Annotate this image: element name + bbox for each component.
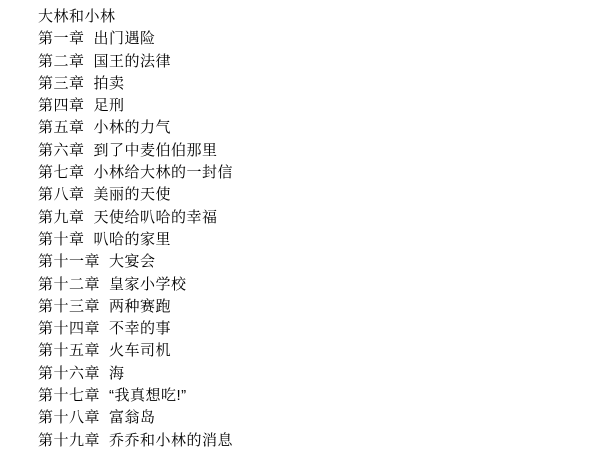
toc-line: 第十四章不幸的事	[38, 318, 600, 340]
chapter-title: 天使给叭哈的幸福	[94, 209, 218, 226]
toc-line: 第十七章“我真想吃!”	[38, 385, 600, 407]
chapter-label: 第十二章	[38, 276, 100, 293]
toc-line: 第十五章火车司机	[38, 340, 600, 362]
chapter-title: 大宴会	[109, 253, 156, 270]
book-title: 大林和小林	[38, 6, 600, 28]
toc-line: 第十章叭哈的家里	[38, 229, 600, 251]
toc-line: 第七章小林给大林的一封信	[38, 162, 600, 184]
chapter-label: 第三章	[38, 75, 85, 92]
chapter-label: 第十三章	[38, 298, 100, 315]
chapter-title: 乔乔和小林的消息	[109, 432, 233, 449]
toc-line: 第八章美丽的天使	[38, 184, 600, 206]
chapter-title: “我真想吃!”	[109, 387, 187, 404]
chapter-title: 两种赛跑	[109, 298, 171, 315]
chapter-label: 第六章	[38, 142, 85, 159]
toc-line: 第十三章两种赛跑	[38, 296, 600, 318]
chapter-title: 小林的力气	[94, 119, 172, 136]
toc-line: 第五章小林的力气	[38, 117, 600, 139]
chapter-label: 第十章	[38, 231, 85, 248]
chapter-label: 第五章	[38, 119, 85, 136]
chapter-title: 小林给大林的一封信	[94, 164, 234, 181]
chapter-label: 第二章	[38, 53, 85, 70]
chapter-title: 拍卖	[94, 75, 125, 92]
chapter-label: 第十六章	[38, 365, 100, 382]
toc-line: 第九章天使给叭哈的幸福	[38, 207, 600, 229]
chapter-title: 不幸的事	[109, 320, 171, 337]
chapter-title: 叭哈的家里	[94, 231, 172, 248]
chapter-title: 到了中麦伯伯那里	[94, 142, 218, 159]
chapter-title: 皇家小学校	[109, 276, 187, 293]
chapter-label: 第九章	[38, 209, 85, 226]
toc-line: 第十八章富翁岛	[38, 407, 600, 429]
chapter-title: 美丽的天使	[94, 186, 172, 203]
toc-line: 第四章足刑	[38, 95, 600, 117]
toc-line: 第六章到了中麦伯伯那里	[38, 140, 600, 162]
chapter-label: 第十七章	[38, 387, 100, 404]
chapter-label: 第十九章	[38, 432, 100, 449]
chapter-title: 足刑	[94, 97, 125, 114]
toc-line: 第三章拍卖	[38, 73, 600, 95]
chapter-title: 出门遇险	[94, 30, 156, 47]
toc-line: 第十九章乔乔和小林的消息	[38, 430, 600, 450]
toc-line: 第十一章大宴会	[38, 251, 600, 273]
toc-line: 第十六章海	[38, 363, 600, 385]
chapter-label: 第十八章	[38, 409, 100, 426]
chapter-title: 富翁岛	[109, 409, 156, 426]
chapter-label: 第十四章	[38, 320, 100, 337]
chapter-title: 火车司机	[109, 342, 171, 359]
chapter-label: 第八章	[38, 186, 85, 203]
document-page: 大林和小林 第一章出门遇险 第二章国王的法律 第三章拍卖 第四章足刑 第五章小林…	[0, 0, 600, 450]
chapter-label: 第四章	[38, 97, 85, 114]
table-of-contents: 大林和小林 第一章出门遇险 第二章国王的法律 第三章拍卖 第四章足刑 第五章小林…	[0, 0, 600, 450]
chapter-title: 国王的法律	[94, 53, 172, 70]
chapter-title: 海	[109, 365, 125, 382]
chapter-label: 第一章	[38, 30, 85, 47]
toc-line: 第二章国王的法律	[38, 51, 600, 73]
toc-line: 第一章出门遇险	[38, 28, 600, 50]
chapter-label: 第十一章	[38, 253, 100, 270]
chapter-label: 第十五章	[38, 342, 100, 359]
toc-line: 第十二章皇家小学校	[38, 274, 600, 296]
chapter-label: 第七章	[38, 164, 85, 181]
